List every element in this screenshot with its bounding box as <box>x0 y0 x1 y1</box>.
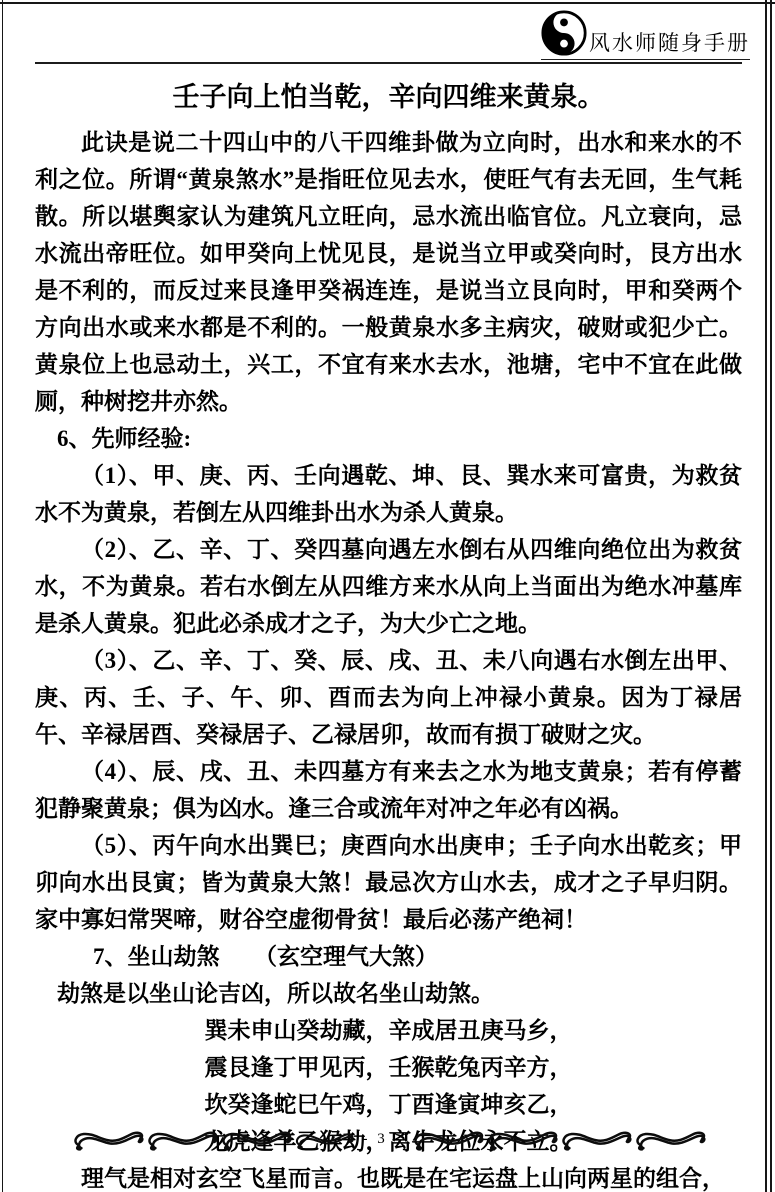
heading-experience: 6、先师经验: <box>35 420 742 457</box>
swash-ornament-icon <box>294 1128 354 1152</box>
heading-sitting-mountain: 7、坐山劫煞 （玄空理气大煞） <box>35 938 742 975</box>
poem-line-1: 巽未申山癸劫藏，辛成居丑庚马乡， <box>35 1012 742 1049</box>
yin-yang-icon <box>541 10 587 56</box>
swash-ornament-icon <box>486 1126 558 1153</box>
page-content: 风水师随身手册 壬子向上怕当乾，辛向四维来黄泉。 此诀是说二十四山中的八干四维卦… <box>35 0 742 1192</box>
document-body: 壬子向上怕当乾，辛向四维来黄泉。 此诀是说二十四山中的八干四维卦做为立向时，出水… <box>35 77 742 1192</box>
experience-item-2: （2）、乙、辛、丁、癸四墓向遇左水倒右从四维向绝位出为救贫水，不为黄泉。若右水倒… <box>35 531 742 642</box>
swash-ornament-icon <box>146 1126 218 1153</box>
brand: 风水师随身手册 <box>541 10 750 60</box>
page-border-right-outer <box>765 0 767 1192</box>
paragraph-jiesha-intro: 劫煞是以坐山论吉凶，所以故名坐山劫煞。 <box>35 975 742 1012</box>
paragraph-closing: 理气是相对玄空飞星而言。也既是在宅运盘上山向两星的组合， <box>35 1160 742 1192</box>
page-border-left <box>2 0 3 1192</box>
poem-line-3: 坎癸逢蛇巳午鸡，丁酉逢寅坤亥乙， <box>35 1086 742 1123</box>
experience-item-3: （3）、乙、辛、丁、癸、辰、戌、丑、未八向遇右水倒左出甲、庚、丙、壬、子、午、卯… <box>35 642 742 753</box>
brand-title: 风水师随身手册 <box>589 33 750 56</box>
experience-item-1: （1）、甲、庚、丙、壬向遇乾、坤、艮、巽水来可富贵，为救贫水不为黄泉，若倒左从四… <box>35 457 742 531</box>
swash-ornament-icon <box>72 1126 144 1153</box>
swash-ornament-icon <box>634 1126 706 1153</box>
page-number: - 3 - <box>363 1131 403 1148</box>
swash-ornament-icon <box>412 1126 484 1153</box>
page-footer: - 3 - <box>35 1126 742 1153</box>
section-title: 壬子向上怕当乾，辛向四维来黄泉。 <box>35 77 742 117</box>
scanned-page: { "header": { "brand": "风水师随身手册", "logo_… <box>0 0 775 1192</box>
swash-ornament-icon <box>560 1126 632 1153</box>
poem-line-2: 震艮逢丁甲见丙，壬猴乾兔丙辛方， <box>35 1049 742 1086</box>
page-header: 风水师随身手册 <box>35 0 742 64</box>
experience-item-4: （4）、辰、戌、丑、未四墓方有来去之水为地支黄泉；若有停蓄犯静聚黄泉；俱为凶水。… <box>35 753 742 827</box>
swash-ornament-icon <box>220 1126 292 1153</box>
header-rule <box>35 62 742 64</box>
page-border-right-inner <box>770 0 772 1192</box>
experience-item-5: （5）、丙午向水出巽巳；庚酉向水出庚申；壬子向水出乾亥；甲卯向水出艮寅；皆为黄泉… <box>35 827 742 938</box>
paragraph-intro: 此诀是说二十四山中的八干四维卦做为立向时，出水和来水的不利之位。所谓“黄泉煞水”… <box>35 124 742 420</box>
